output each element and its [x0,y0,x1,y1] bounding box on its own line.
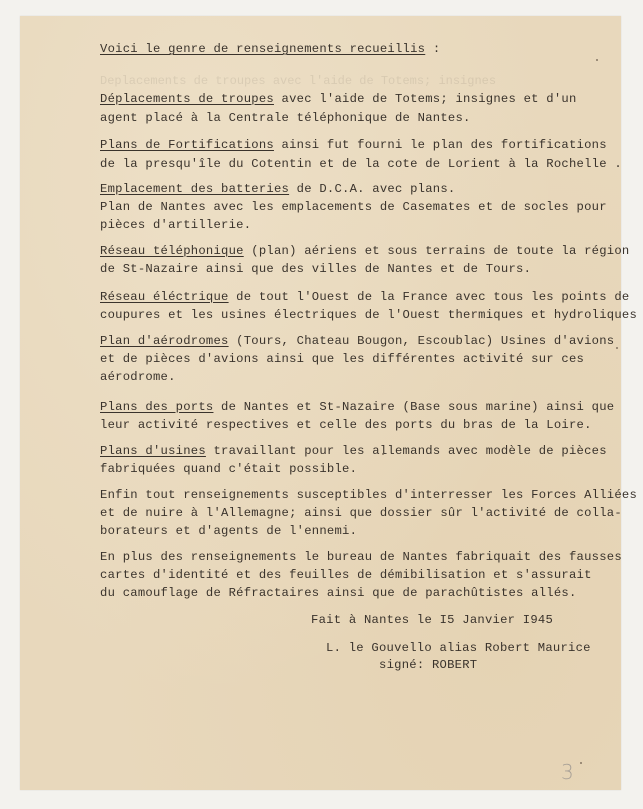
paragraph-false-papers-line-1: En plus des renseignements le bureau de … [100,550,622,564]
line-text: agent placé à la Centrale téléphonique d… [100,111,471,125]
paragraph-aerodromes-line-3: aérodrome. [100,370,176,384]
line-text: coupures et les usines électriques de l'… [100,308,637,322]
line-text: cartes d'identité et des feuilles de dém… [100,568,592,582]
heading-line: Voici le genre de renseignements recueil… [100,42,440,56]
paragraph-ports-line-2: leur activité respectives et celle des p… [100,418,592,432]
line-text: du camouflage de Réfractaires ainsi que … [100,586,577,600]
place-and-date: Fait à Nantes le I5 Janvier I945 [311,613,553,627]
document-page: Deplacements de troupes avec l'aide de T… [20,16,621,790]
line-text: de St-Nazaire ainsi que des villes de Na… [100,262,531,276]
line-text: ainsi fut fourni le plan des fortificati… [274,138,607,152]
line-text: de Nantes et St-Nazaire (Base sous marin… [213,400,614,414]
paragraph-telephone-network-line-1: Réseau téléphonique (plan) aériens et so… [100,244,629,258]
paragraph-false-papers-line-3: du camouflage de Réfractaires ainsi que … [100,586,577,600]
paragraph-false-papers-line-2: cartes d'identité et des feuilles de dém… [100,568,592,582]
paper-speck [596,59,598,61]
paragraph-fortifications-line-1: Plans de Fortifications ainsi fut fourni… [100,138,607,152]
page-number: 3 [561,760,574,784]
paper-speck [616,347,618,349]
heading: Voici le genre de renseignements recueil… [100,42,425,56]
paragraph-dca-batteries-line-1: Emplacement des batteries de D.C.A. avec… [100,182,456,196]
line-text: et de pièces d'avions ainsi que les diff… [100,352,584,366]
line-text: Plan de Nantes avec les emplacements de … [100,200,607,214]
paper-speck [580,762,582,764]
paragraph-troop-movements-line-1: Déplacements de troupes avec l'aide de T… [100,92,577,106]
line-text: aérodrome. [100,370,176,384]
line-text: borateurs et d'agents de l'ennemi. [100,524,357,538]
line-text: de D.C.A. avec plans. [289,182,455,196]
paragraph-allied-intel-line-2: et de nuire à l'Allemagne; ainsi que dos… [100,506,622,520]
paper-speck [382,453,384,455]
underlined-topic: Emplacement des batteries [100,182,289,196]
line-text: En plus des renseignements le bureau de … [100,550,622,564]
line-text: pièces d'artillerie. [100,218,251,232]
signed-line: signé: ROBERT [379,658,477,672]
paragraph-electric-network-line-1: Réseau éléctrique de tout l'Ouest de la … [100,290,629,304]
underlined-topic: Plan d'aérodromes [100,334,229,348]
paragraph-factories-line-2: fabriquées quand c'était possible. [100,462,357,476]
paragraph-fortifications-line-2: de la presqu'île du Cotentin et de la co… [100,157,622,171]
paragraph-aerodromes-line-2: et de pièces d'avions ainsi que les diff… [100,352,584,366]
line-text: fabriquées quand c'était possible. [100,462,357,476]
paper-speck [483,357,485,359]
paragraph-telephone-network-line-2: de St-Nazaire ainsi que des villes de Na… [100,262,531,276]
line-text: et de nuire à l'Allemagne; ainsi que dos… [100,506,622,520]
line-text: (Tours, Chateau Bougon, Escoublac) Usine… [229,334,615,348]
line-text: Enfin tout renseignements susceptibles d… [100,488,637,502]
ghost-show-through-text: Deplacements de troupes avec l'aide de T… [100,74,496,88]
underlined-topic: Réseau téléphonique [100,244,244,258]
paragraph-allied-intel-line-3: borateurs et d'agents de l'ennemi. [100,524,357,538]
underlined-topic: Réseau éléctrique [100,290,229,304]
signatory-name: L. le Gouvello alias Robert Maurice [326,641,591,655]
underlined-topic: Plans des ports [100,400,213,414]
paragraph-aerodromes-line-1: Plan d'aérodromes (Tours, Chateau Bougon… [100,334,614,348]
line-text: (plan) aériens et sous terrains de toute… [244,244,630,258]
paragraph-allied-intel-line-1: Enfin tout renseignements susceptibles d… [100,488,637,502]
heading-colon: : [425,42,440,56]
line-text: leur activité respectives et celle des p… [100,418,592,432]
paragraph-electric-network-line-2: coupures et les usines électriques de l'… [100,308,637,322]
underlined-topic: Plans d'usines [100,444,206,458]
paragraph-factories-line-1: Plans d'usines travaillant pour les alle… [100,444,607,458]
underlined-topic: Déplacements de troupes [100,92,274,106]
paragraph-ports-line-1: Plans des ports de Nantes et St-Nazaire … [100,400,614,414]
line-text: travaillant pour les allemands avec modè… [206,444,607,458]
line-text: de la presqu'île du Cotentin et de la co… [100,157,622,171]
line-text: de tout l'Ouest de la France avec tous l… [229,290,630,304]
line-text: avec l'aide de Totems; insignes et d'un [274,92,577,106]
paragraph-troop-movements-line-2: agent placé à la Centrale téléphonique d… [100,111,471,125]
underlined-topic: Plans de Fortifications [100,138,274,152]
paragraph-dca-batteries-line-3: pièces d'artillerie. [100,218,251,232]
paragraph-dca-batteries-line-2: Plan de Nantes avec les emplacements de … [100,200,607,214]
